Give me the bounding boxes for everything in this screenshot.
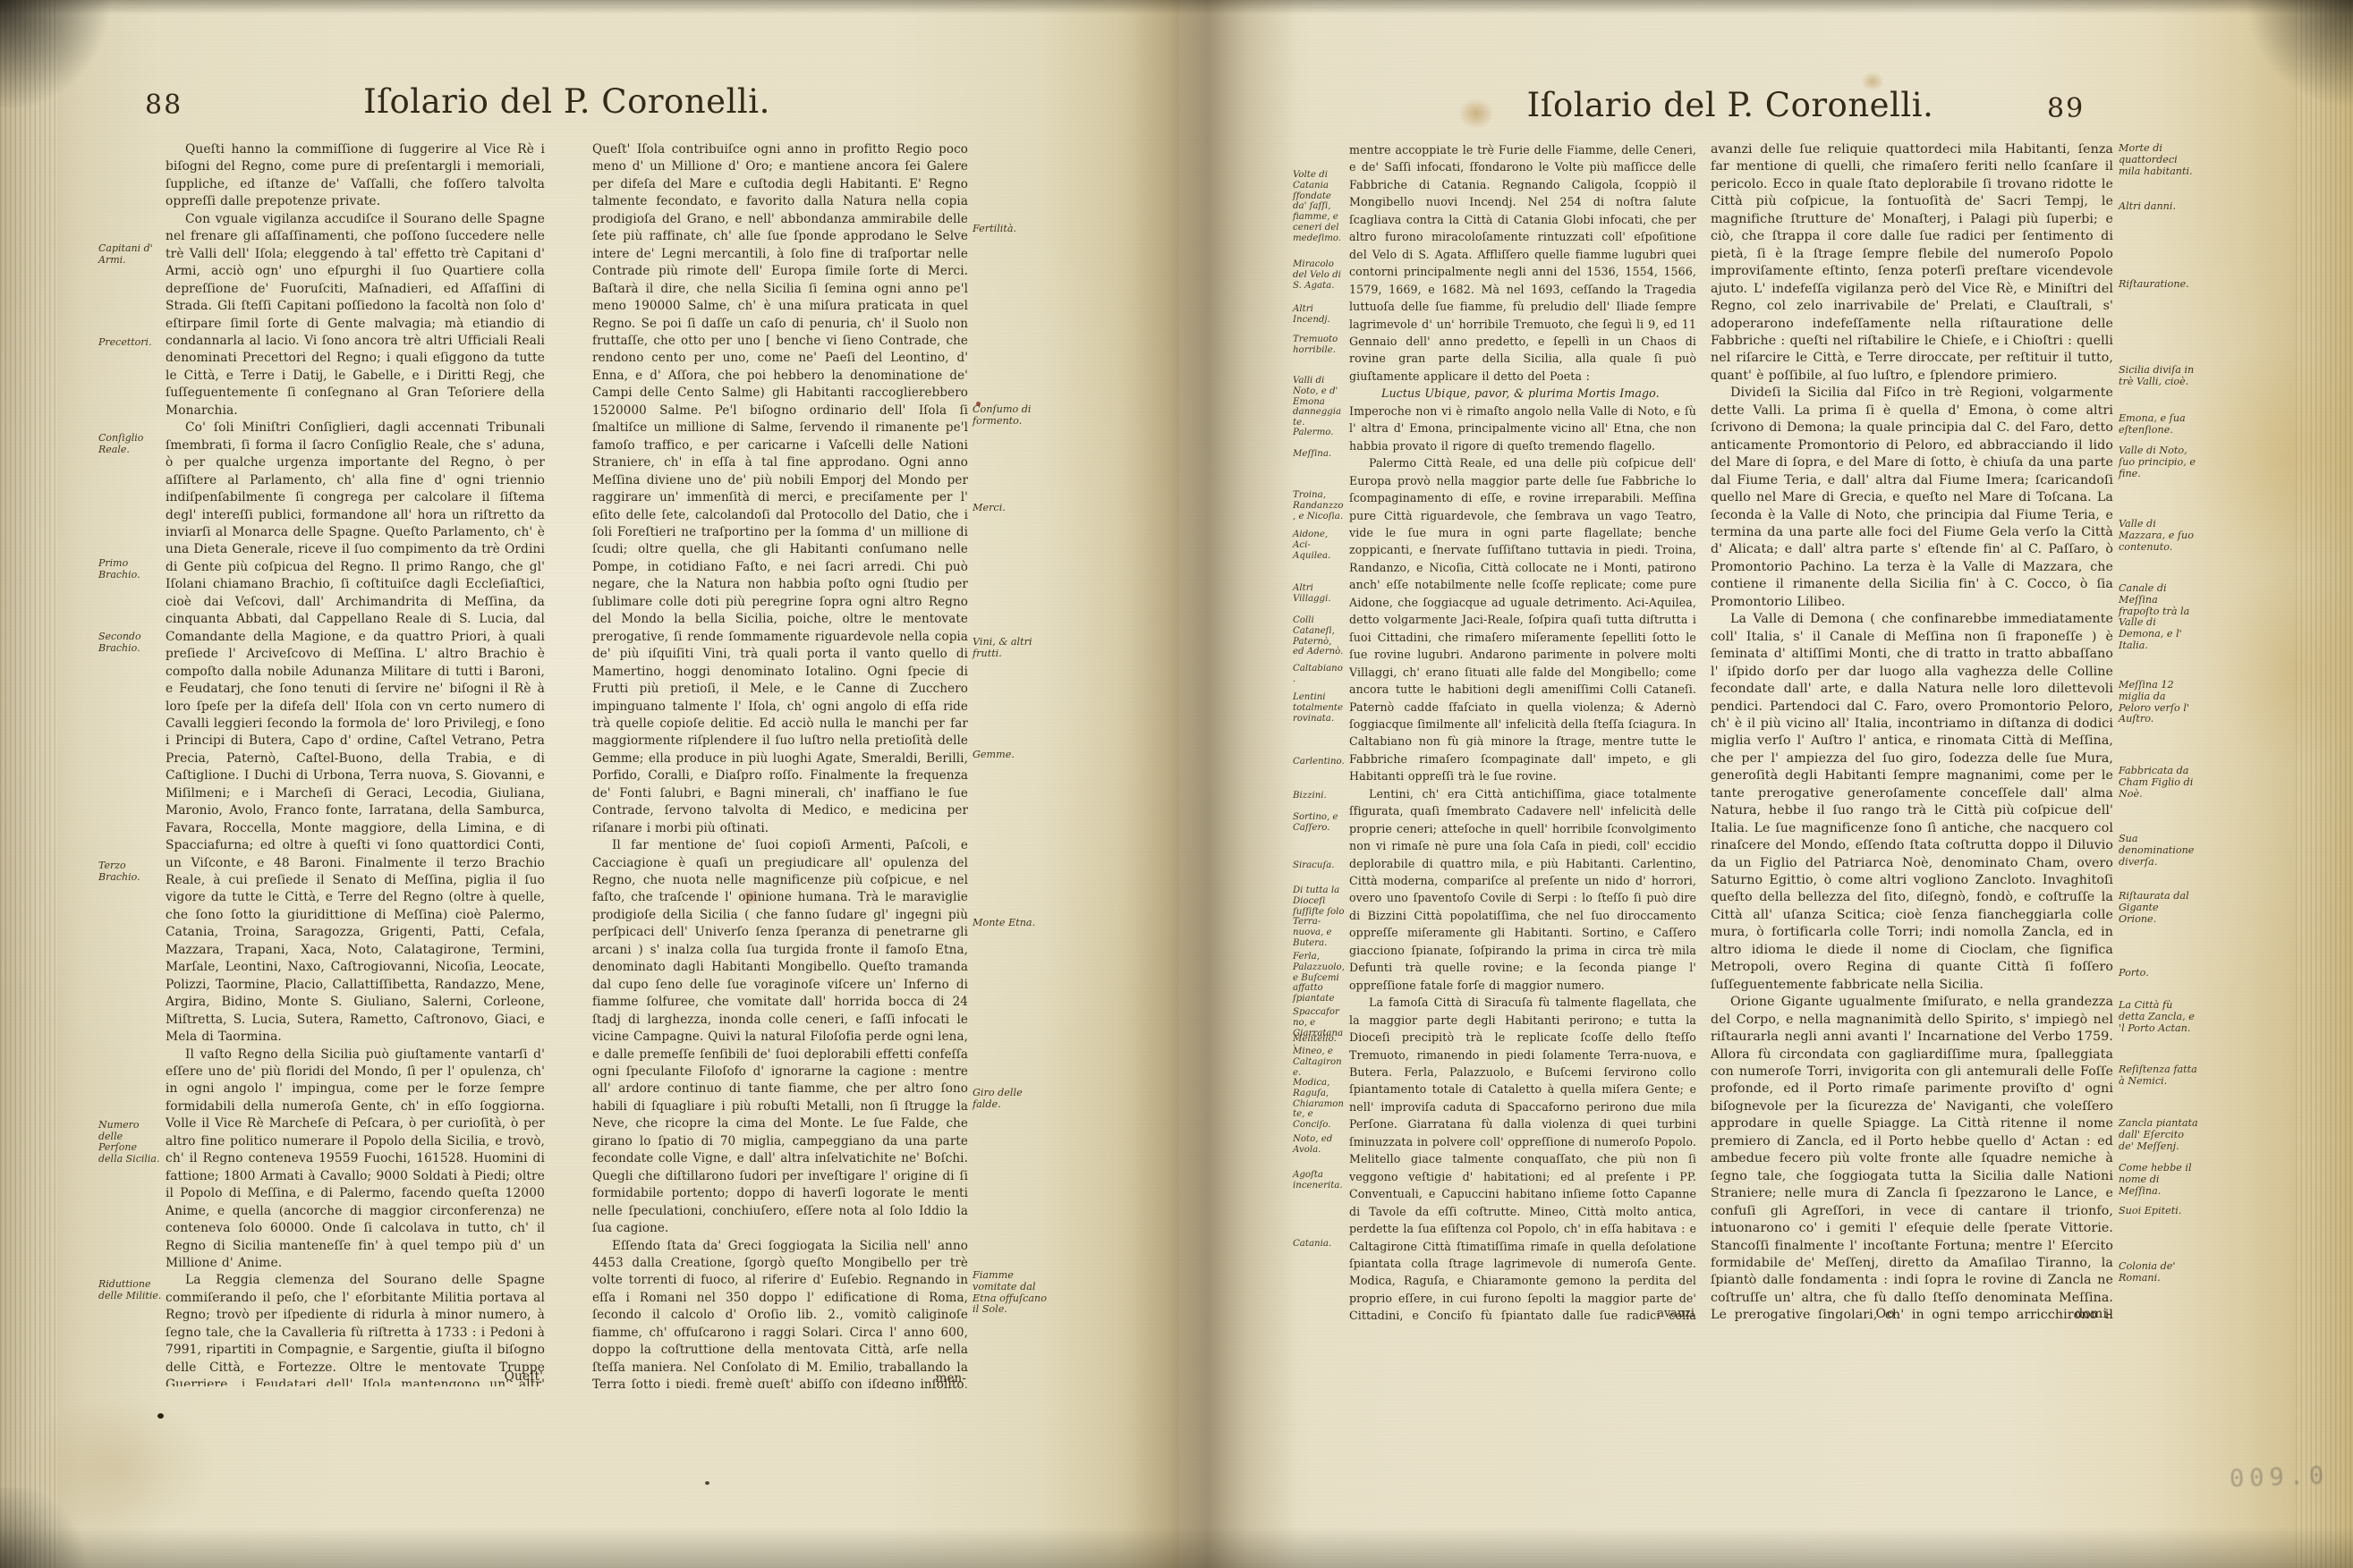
column-footer: avanzi xyxy=(1349,1303,1696,1321)
paragraph: Eſſendo ſtata da' Greci ſoggiogata la Si… xyxy=(592,1238,968,1388)
paragraph: Il vaſto Regno della Sicilia può giuſtam… xyxy=(166,1047,545,1273)
faint-number-stamp: 009.0 xyxy=(2229,1462,2329,1493)
top-shadow xyxy=(0,0,2353,14)
running-title-right: Iſolario del P. Coronelli. xyxy=(1349,86,2111,124)
paragraph: Imperoche non vi è rimaſto angolo nella … xyxy=(1349,403,1696,454)
paragraph: Queſt' Iſola contribuiſce ogni anno in p… xyxy=(592,141,968,837)
paragraph: Queſti hanno la commiſſione di ſuggerire… xyxy=(166,141,545,211)
paragraph: Con vguale vigilanza accudiſce il Souran… xyxy=(166,211,545,420)
verse-quote: Luctus Ubique, pavor, & plurima Mortis I… xyxy=(1349,385,1696,402)
page-number-right: 89 xyxy=(2047,93,2085,124)
paragraph: Palermo Città Reale, ed una delle più co… xyxy=(1349,454,1696,785)
paragraph: Orione Gigante ugualmente ſmiſurato, e n… xyxy=(1711,994,2113,1324)
paragraph: Co' ſoli Miniſtri Conſiglieri, dagli acc… xyxy=(166,420,545,1046)
paragraph: avanzi delle ſue reliquie quattordeci mi… xyxy=(1711,141,2113,385)
catchword: domi- xyxy=(2075,1306,2111,1323)
paragraph: La famoſa Città di Siracuſa fù talmente … xyxy=(1349,994,1696,1322)
catchword: men- xyxy=(936,1370,966,1387)
paragraph: mentre accoppiate le trè Furie delle Fia… xyxy=(1349,141,1696,385)
text-column: avanzi delle ſue reliquie quattordeci mi… xyxy=(1711,141,2113,1324)
running-title-left: Iſolario del P. Coronelli. xyxy=(166,82,968,121)
column-footer: men- xyxy=(592,1369,968,1387)
text-column: Queſt' Iſola contribuiſce ogni anno in p… xyxy=(592,141,968,1388)
signature-mark: Oo xyxy=(1876,1306,1896,1323)
paragraph: La Valle di Demona ( che confinarebbe im… xyxy=(1711,611,2113,994)
catchword: Queſt' xyxy=(505,1369,543,1386)
bottom-shadow xyxy=(0,1527,2353,1568)
paragraph: Lentini, ch' era Città antichiſſima, gia… xyxy=(1349,785,1696,994)
column-footer: Oodomi- xyxy=(1711,1305,2113,1323)
paragraph: Divideſi la Sicilia dal Fiſco in trè Reg… xyxy=(1711,385,2113,611)
catchword: avanzi xyxy=(1657,1304,1695,1321)
book-photo: 88 Iſolario del P. Coronelli. Iſolario d… xyxy=(0,0,2353,1568)
paragraph: Il far mentione de' ſuoi copioſi Armenti… xyxy=(592,837,968,1237)
text-column: mentre accoppiate le trè Furie delle Fia… xyxy=(1349,141,1696,1322)
text-column: Queſti hanno la commiſſione di ſuggerire… xyxy=(166,141,545,1386)
column-footer: Queſt' xyxy=(166,1368,545,1386)
